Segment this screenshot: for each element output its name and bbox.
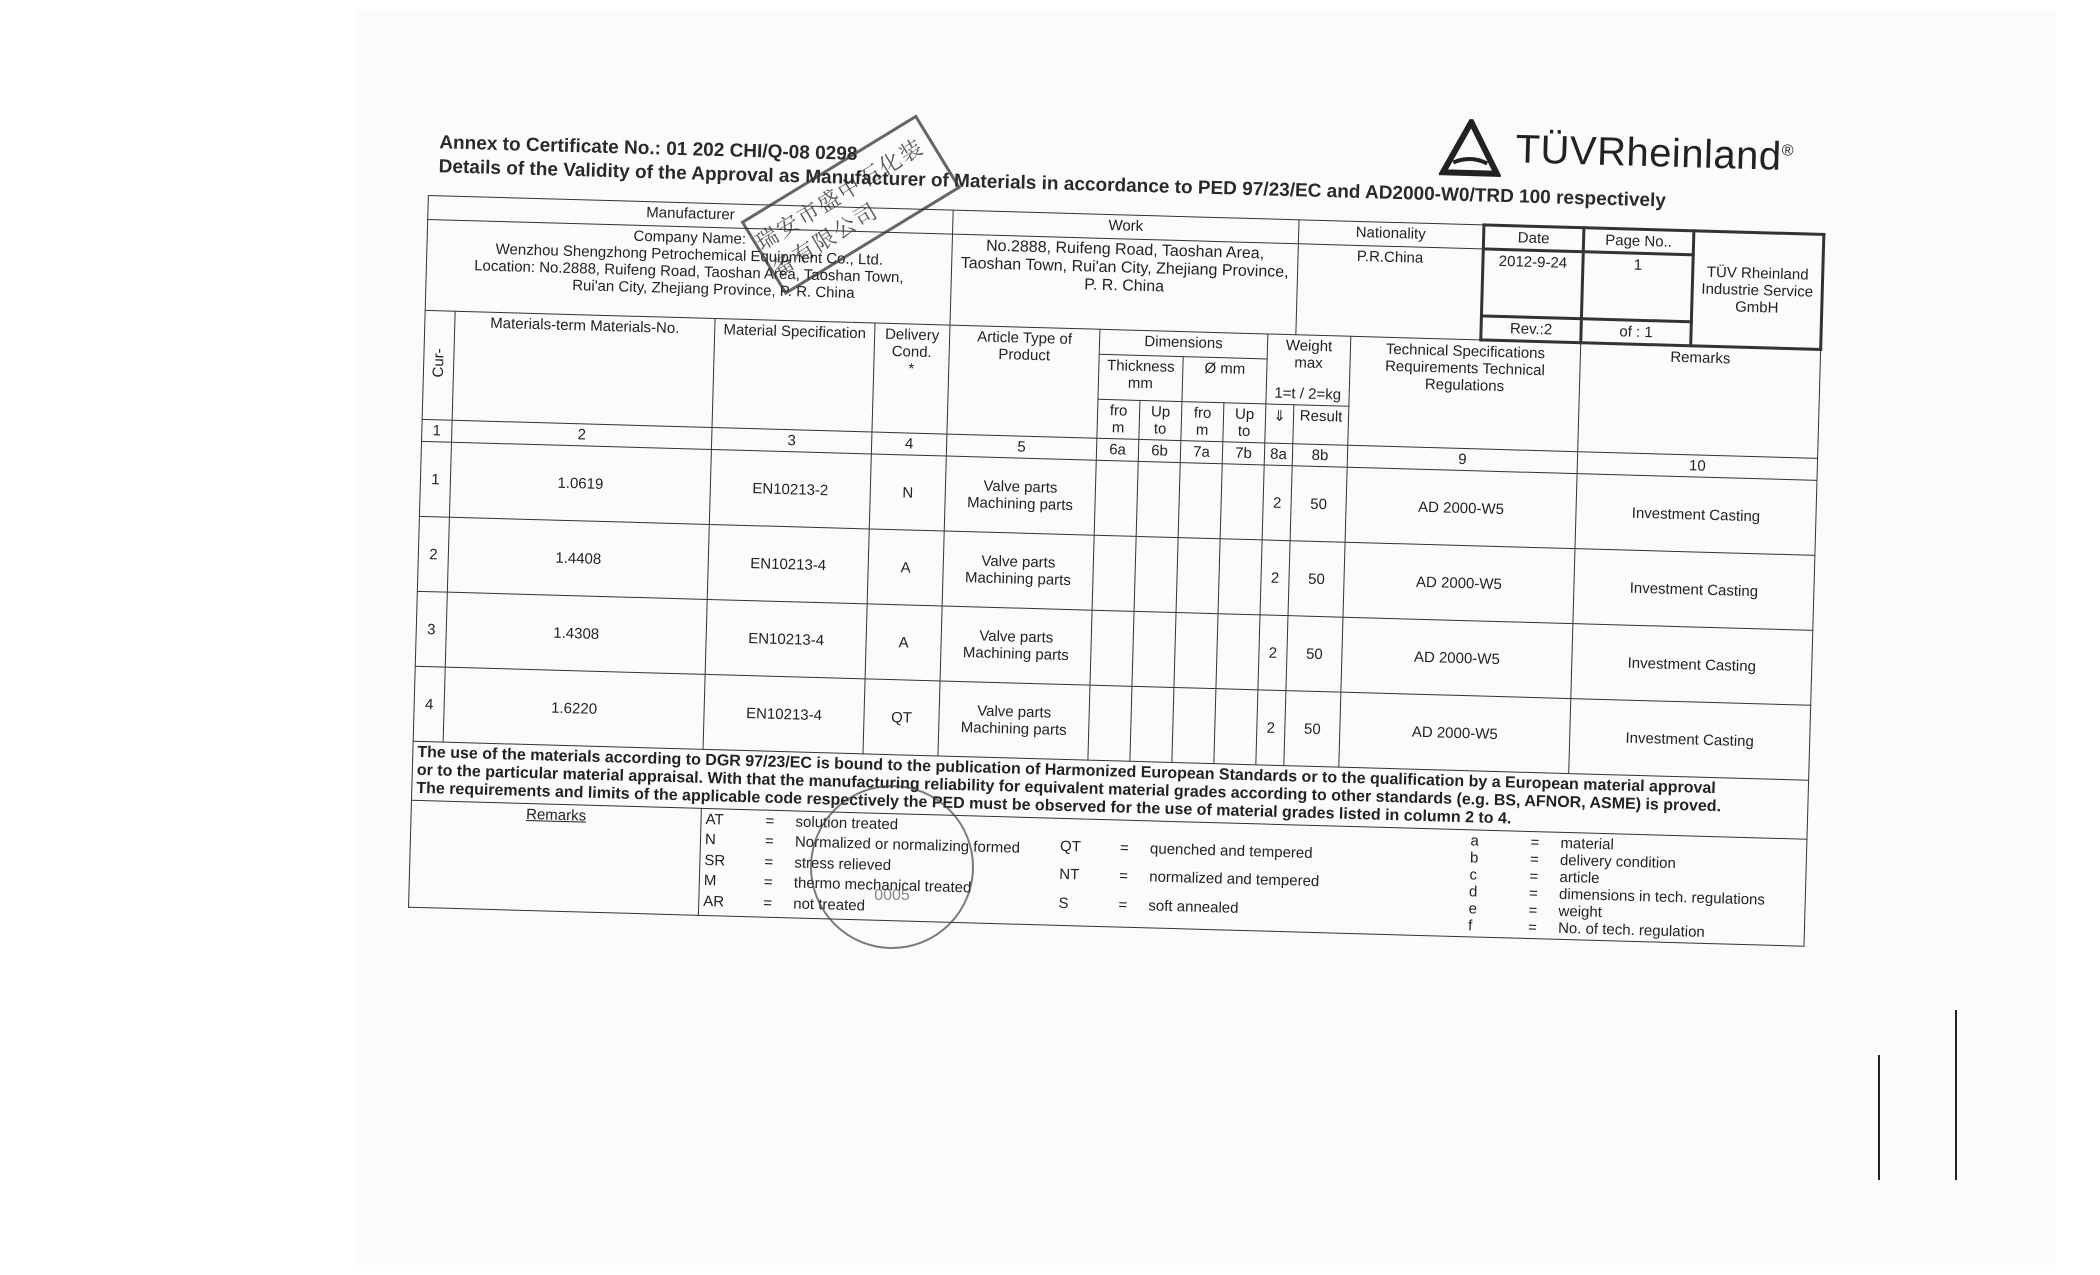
cell-delivery: A	[865, 604, 942, 681]
cell-spec: EN10213-2	[709, 449, 871, 528]
col-result: Result	[1293, 405, 1349, 446]
cell-article: Valve parts Machining parts	[940, 606, 1092, 685]
cell-spec: EN10213-4	[707, 524, 869, 603]
certificate-annex: Annex to Certificate No.: 01 202 CHI/Q-0…	[402, 120, 1849, 1159]
cell-result: 50	[1286, 616, 1343, 693]
col-diameter: Ø mm	[1182, 357, 1267, 404]
materials-table: Manufacturer Work Nationality Date Page …	[408, 194, 1825, 947]
cell-tech: AD 2000-W5	[1341, 617, 1573, 698]
cell-result: 50	[1284, 691, 1341, 768]
cell-tech: AD 2000-W5	[1345, 467, 1577, 548]
cell-material: 1.4408	[447, 517, 709, 599]
cell-result: 50	[1288, 541, 1345, 618]
col-delivery: Delivery Cond.*	[872, 323, 950, 434]
cell-delivery: QT	[863, 679, 940, 756]
scan-artifact	[1955, 1010, 1957, 1180]
weight-arrow: ⇓	[1265, 404, 1294, 444]
cell-delivery: N	[869, 454, 946, 531]
work-address: No.2888, Ruifeng Road, Taoshan Area, Tao…	[950, 234, 1298, 335]
cell-unit: 2	[1260, 540, 1290, 616]
page-label: Page No..	[1583, 228, 1694, 255]
col-weight: Weight max1=t / 2=kg	[1266, 334, 1351, 406]
page-of: of : 1	[1581, 319, 1692, 346]
cell-material: 1.6220	[443, 667, 705, 749]
col-article: Article Type of Product	[947, 325, 1100, 438]
cell-cur: 1	[419, 441, 451, 517]
cell-article: Valve parts Machining parts	[944, 456, 1096, 535]
cell-unit: 2	[1256, 690, 1286, 766]
cell-cur: 4	[413, 666, 445, 742]
cell-unit: 2	[1262, 465, 1292, 541]
cell-cur: 3	[415, 591, 447, 667]
revision: Rev.:2	[1481, 316, 1582, 343]
date-label: Date	[1483, 225, 1584, 252]
tuv-triangle-icon	[1439, 118, 1503, 178]
date-value: 2012-9-24	[1481, 249, 1583, 319]
cell-material: 1.0619	[449, 442, 711, 524]
logo-text: TÜVRheinland®	[1515, 127, 1795, 180]
cell-unit: 2	[1258, 615, 1288, 691]
scan-artifact	[1878, 1055, 1880, 1180]
cell-article: Valve parts Machining parts	[942, 531, 1094, 610]
remarks-legend-label: Remarks	[409, 800, 702, 915]
cell-tech: AD 2000-W5	[1343, 542, 1575, 623]
cell-spec: EN10213-4	[703, 674, 865, 753]
nationality-value: P.R.China	[1296, 244, 1483, 340]
col-thickness: Thickness mm	[1098, 355, 1183, 402]
page-value: 1	[1581, 252, 1693, 322]
cell-remarks: Investment Casting	[1573, 549, 1815, 631]
cell-cur: 2	[417, 516, 449, 592]
cell-material: 1.4308	[445, 592, 707, 674]
cell-spec: EN10213-4	[705, 599, 867, 678]
issuer: TÜV Rheinland Industrie Service GmbH	[1691, 231, 1824, 350]
col-remarks: Remarks	[1578, 343, 1821, 459]
col-materials: Materials-term Materials-No.	[452, 311, 715, 427]
cell-remarks: Investment Casting	[1569, 699, 1811, 781]
cell-tech: AD 2000-W5	[1339, 692, 1571, 773]
cell-delivery: A	[867, 529, 944, 606]
tuv-round-seal: 0005	[810, 785, 974, 949]
cell-remarks: Investment Casting	[1575, 474, 1817, 556]
col-spec: Material Specification	[712, 319, 875, 432]
col-cur: Cur-	[430, 349, 448, 379]
tuv-logo: TÜVRheinland®	[1439, 118, 1795, 186]
cell-remarks: Investment Casting	[1571, 624, 1813, 706]
cell-result: 50	[1290, 466, 1347, 543]
cell-article: Valve parts Machining parts	[938, 681, 1090, 760]
col-tech: Technical Specifications Requirements Te…	[1348, 336, 1581, 451]
